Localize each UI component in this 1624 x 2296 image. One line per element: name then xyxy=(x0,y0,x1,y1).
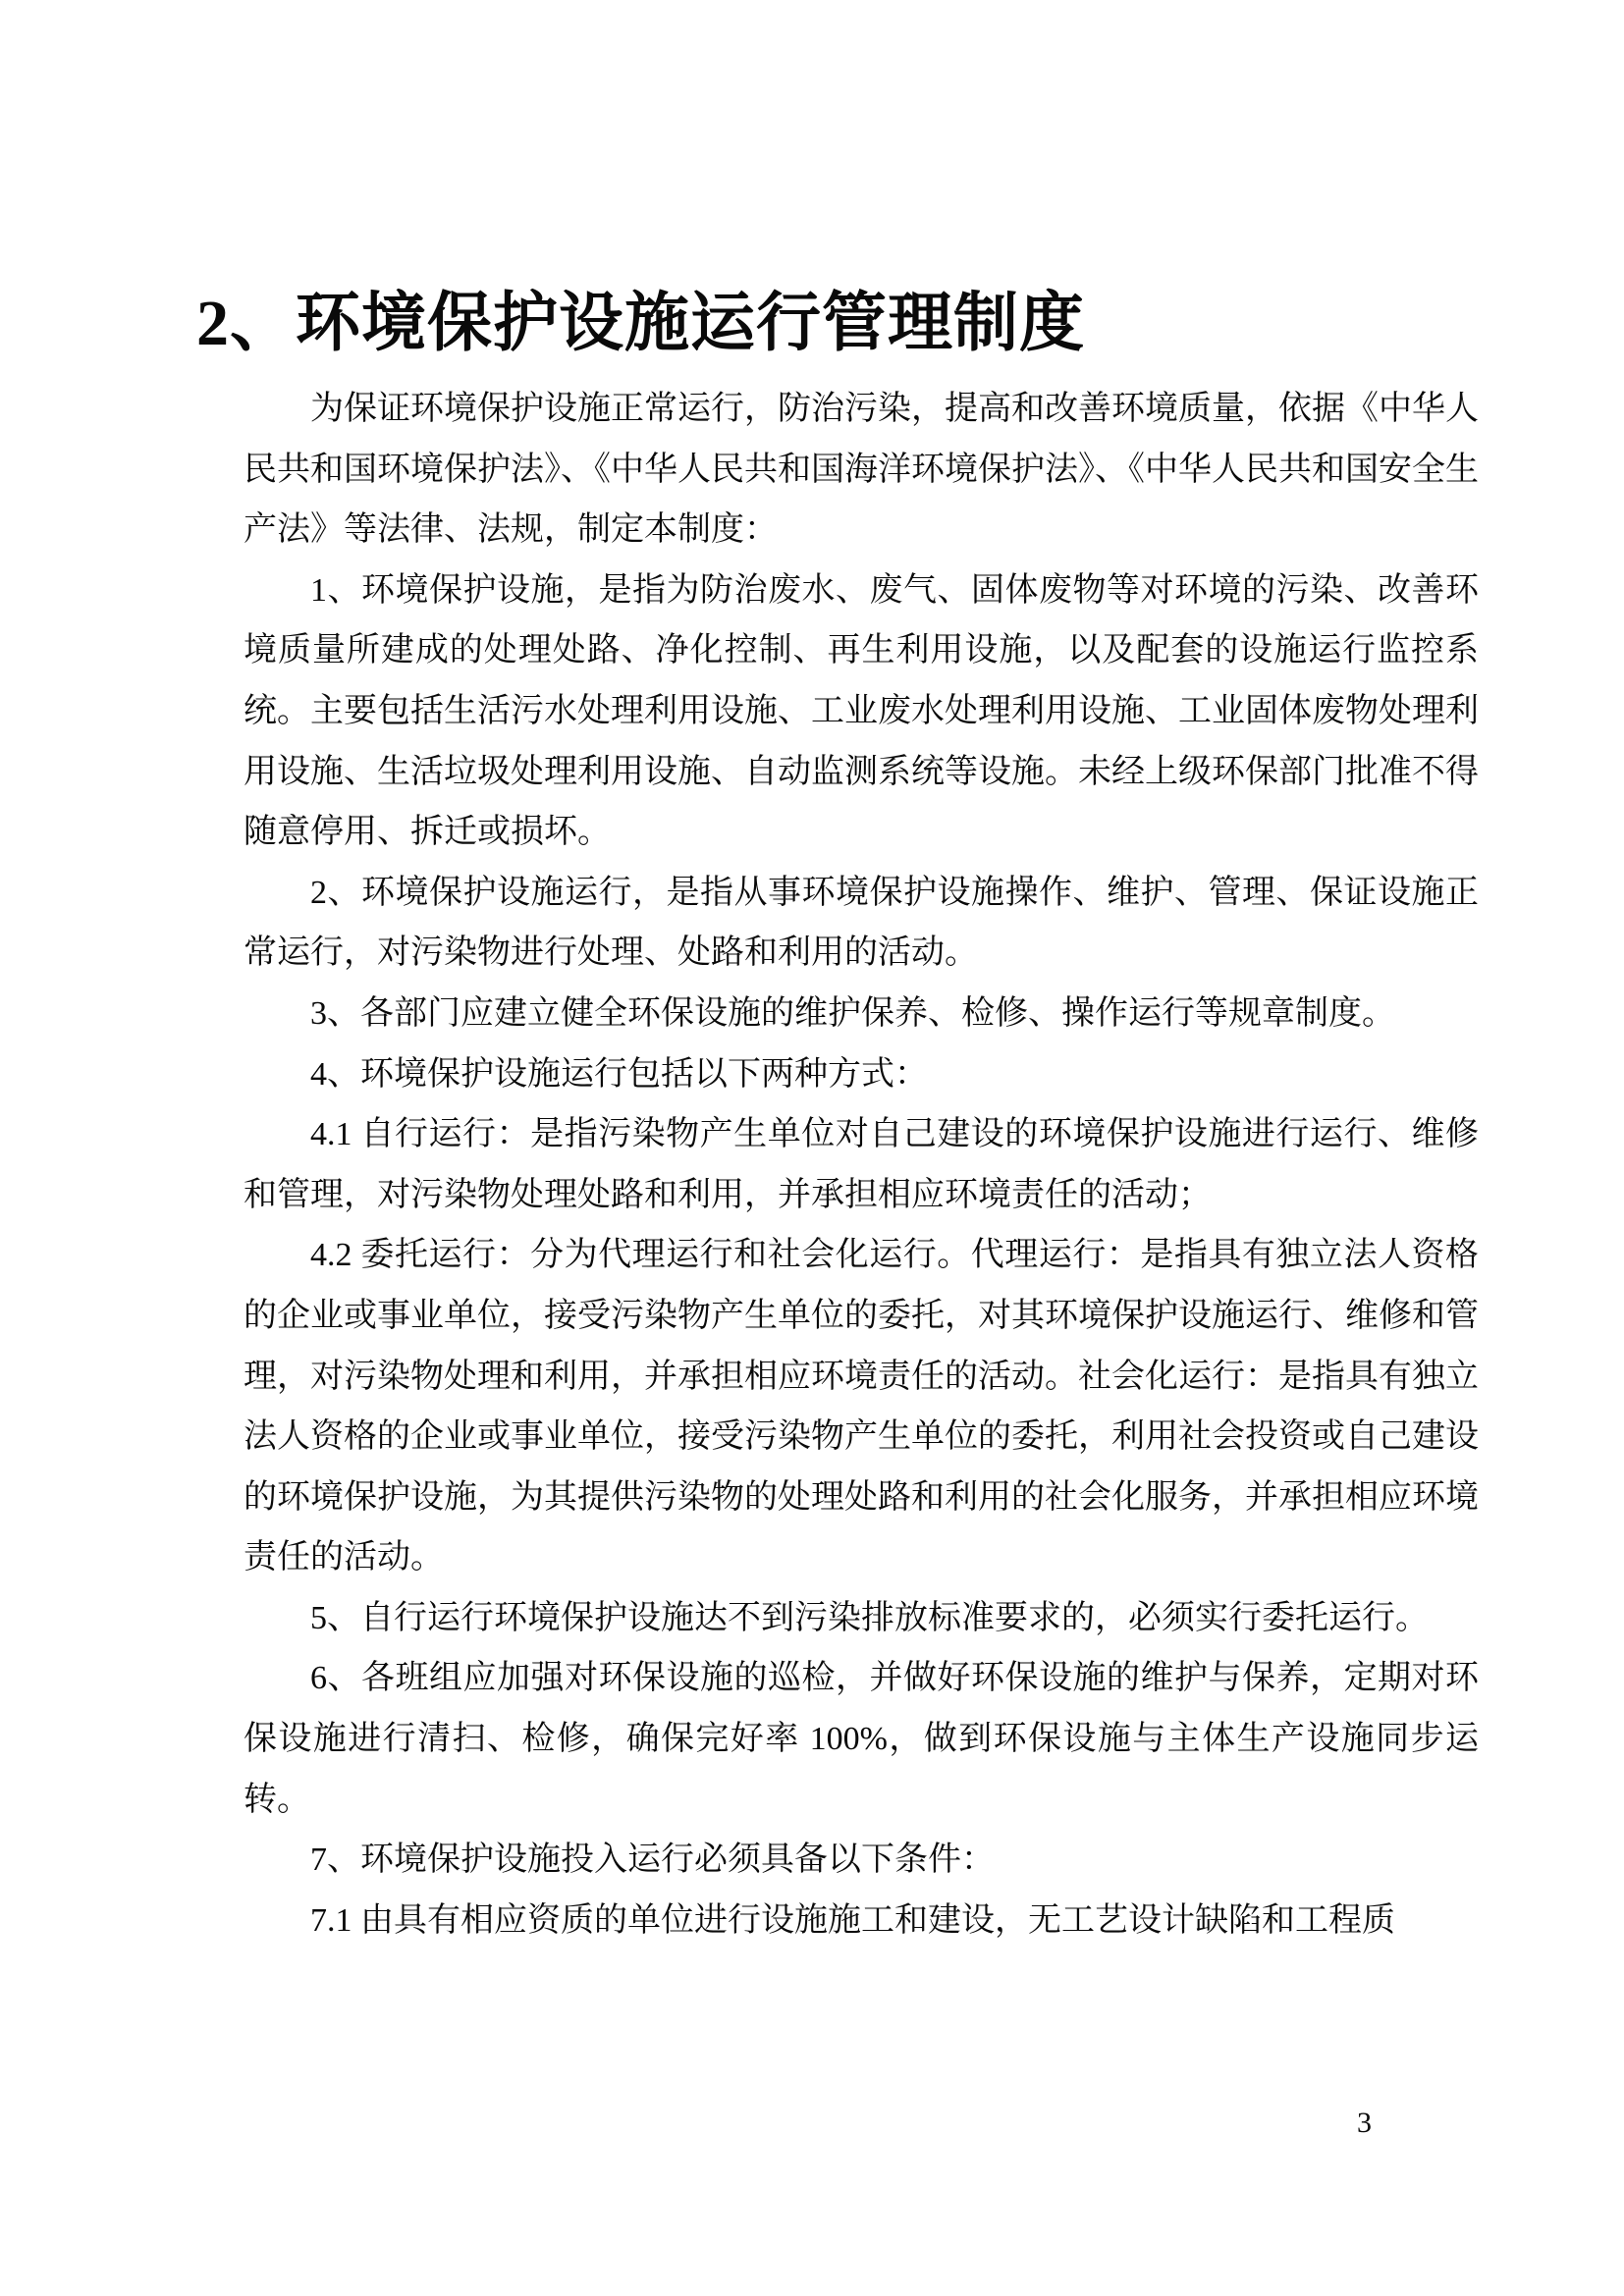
body-paragraph: 2、环境保护设施运行，是指从事环境保护设施操作、维护、管理、保证设施正常运行，对… xyxy=(244,863,1479,984)
body-paragraph: 5、自行运行环境保护设施达不到污染排放标准要求的，必须实行委托运行。 xyxy=(244,1588,1479,1649)
document-page: 2、环境保护设施运行管理制度 为保证环境保护设施正常运行，防治污染，提高和改善环… xyxy=(0,0,1624,2296)
body-paragraph: 3、各部门应建立健全环保设施的维护保养、检修、操作运行等规章制度。 xyxy=(244,984,1479,1044)
body-paragraph: 6、各班组应加强对环保设施的巡检，并做好环保设施的维护与保养，定期对环保设施进行… xyxy=(244,1648,1479,1830)
body-paragraph: 7.1 由具有相应资质的单位进行设施施工和建设，无工艺设计缺陷和工程质 xyxy=(244,1891,1479,1951)
body-paragraph: 1、环境保护设施，是指为防治废水、废气、固体废物等对环境的污染、改善环境质量所建… xyxy=(244,561,1479,863)
body-paragraph: 7、环境保护设施投入运行必须具备以下条件： xyxy=(244,1830,1479,1891)
page-title: 2、环境保护设施运行管理制度 xyxy=(196,282,1473,366)
body-paragraph: 4、环境保护设施运行包括以下两种方式： xyxy=(244,1044,1479,1105)
document-body: 为保证环境保护设施正常运行，防治污染，提高和改善环境质量，依据《中华人民共和国环… xyxy=(244,379,1479,1950)
page-number: 3 xyxy=(1357,2109,1372,2138)
body-paragraph: 为保证环境保护设施正常运行，防治污染，提高和改善环境质量，依据《中华人民共和国环… xyxy=(244,379,1479,561)
body-paragraph: 4.2 委托运行：分为代理运行和社会化运行。代理运行：是指具有独立法人资格的企业… xyxy=(244,1225,1479,1588)
body-paragraph: 4.1 自行运行：是指污染物产生单位对自己建设的环境保护设施进行运行、维修和管理… xyxy=(244,1104,1479,1225)
